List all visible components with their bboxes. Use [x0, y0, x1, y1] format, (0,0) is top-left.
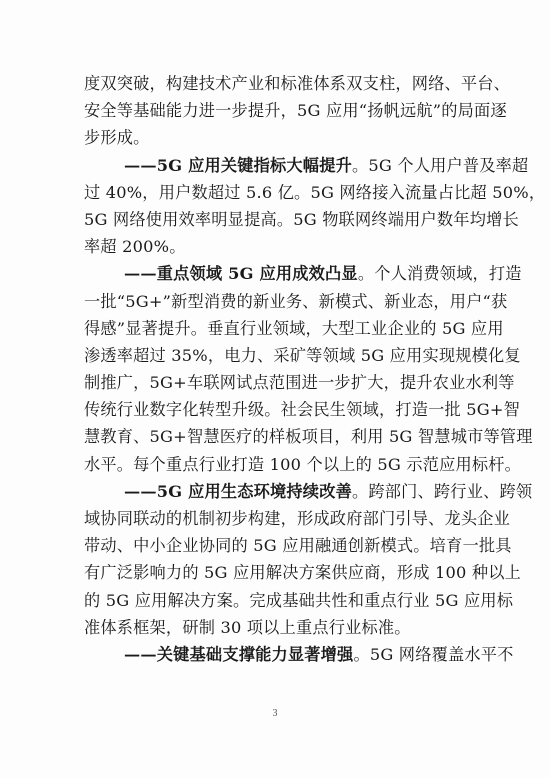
text-run: 。5G 个人用户普及率超	[352, 156, 528, 175]
section-heading-line: ——5G 应用生态环境持续改善。跨部门、跨行业、跨领	[84, 478, 468, 505]
section-heading-infrastructure: ——关键基础支撑能力显著增强	[124, 645, 353, 664]
text-run: 。5G 网络覆盖水平不	[353, 645, 513, 664]
text-run: 。跨部门、跨行业、跨领	[352, 482, 532, 501]
document-page: 度双突破，构建技术产业和标准体系双支柱，网络、平台、 安全等基础能力进一步提升，…	[0, 0, 550, 778]
text-line: 慧教育、5G+智慧医疗的样板项目，利用 5G 智慧城市等管理	[84, 423, 468, 450]
section-heading-key-fields: ——重点领域 5G 应用成效凸显	[124, 264, 358, 283]
text-line: 传统行业数字化转型升级。社会民生领域，打造一批 5G+智	[84, 396, 468, 423]
section-heading-line: ——关键基础支撑能力显著增强。5G 网络覆盖水平不	[84, 641, 468, 668]
text-line: 步形成。	[84, 124, 468, 151]
text-line: 的 5G 应用解决方案。完成基础共性和重点行业 5G 应用标	[84, 587, 468, 614]
text-line: 域协同联动的机制初步构建，形成政府部门引导、龙头企业	[84, 505, 468, 532]
text-line: 准体系框架，研制 30 项以上重点行业标准。	[84, 614, 468, 641]
text-line: 度双突破，构建技术产业和标准体系双支柱，网络、平台、	[84, 70, 468, 97]
section-heading-line: ——重点领域 5G 应用成效凸显。个人消费领域，打造	[84, 260, 468, 287]
section-heading-key-indicators: ——5G 应用关键指标大幅提升	[124, 156, 352, 175]
text-line: 率超 200%。	[84, 233, 468, 260]
text-line: 渗透率超过 35%，电力、采矿等领域 5G 应用实现规模化复	[84, 342, 468, 369]
text-line: 安全等基础能力进一步提升，5G 应用“扬帆远航”的局面逐	[84, 97, 468, 124]
section-heading-line: ——5G 应用关键指标大幅提升。5G 个人用户普及率超	[84, 152, 468, 179]
text-line: 过 40%，用户数超过 5.6 亿。5G 网络接入流量占比超 50%，	[84, 179, 468, 206]
text-run: 。个人消费领域，打造	[358, 264, 522, 283]
text-line: 得感”显著提升。垂直行业领域，大型工业企业的 5G 应用	[84, 315, 468, 342]
text-line: 一批“5G+”新型消费的新业务、新模式、新业态，用户“获	[84, 288, 468, 315]
text-line: 制推广，5G+车联网试点范围进一步扩大，提升农业水利等	[84, 369, 468, 396]
section-heading-ecosystem: ——5G 应用生态环境持续改善	[124, 482, 352, 501]
text-line: 水平。每个重点行业打造 100 个以上的 5G 示范应用标杆。	[84, 451, 468, 478]
text-line: 有广泛影响力的 5G 应用解决方案供应商，形成 100 种以上	[84, 559, 468, 586]
text-line: 带动、中小企业协同的 5G 应用融通创新模式。培育一批具	[84, 532, 468, 559]
page-number: 3	[0, 708, 550, 719]
body-text: 度双突破，构建技术产业和标准体系双支柱，网络、平台、 安全等基础能力进一步提升，…	[84, 70, 468, 668]
text-line: 5G 网络使用效率明显提高。5G 物联网终端用户数年均增长	[84, 206, 468, 233]
